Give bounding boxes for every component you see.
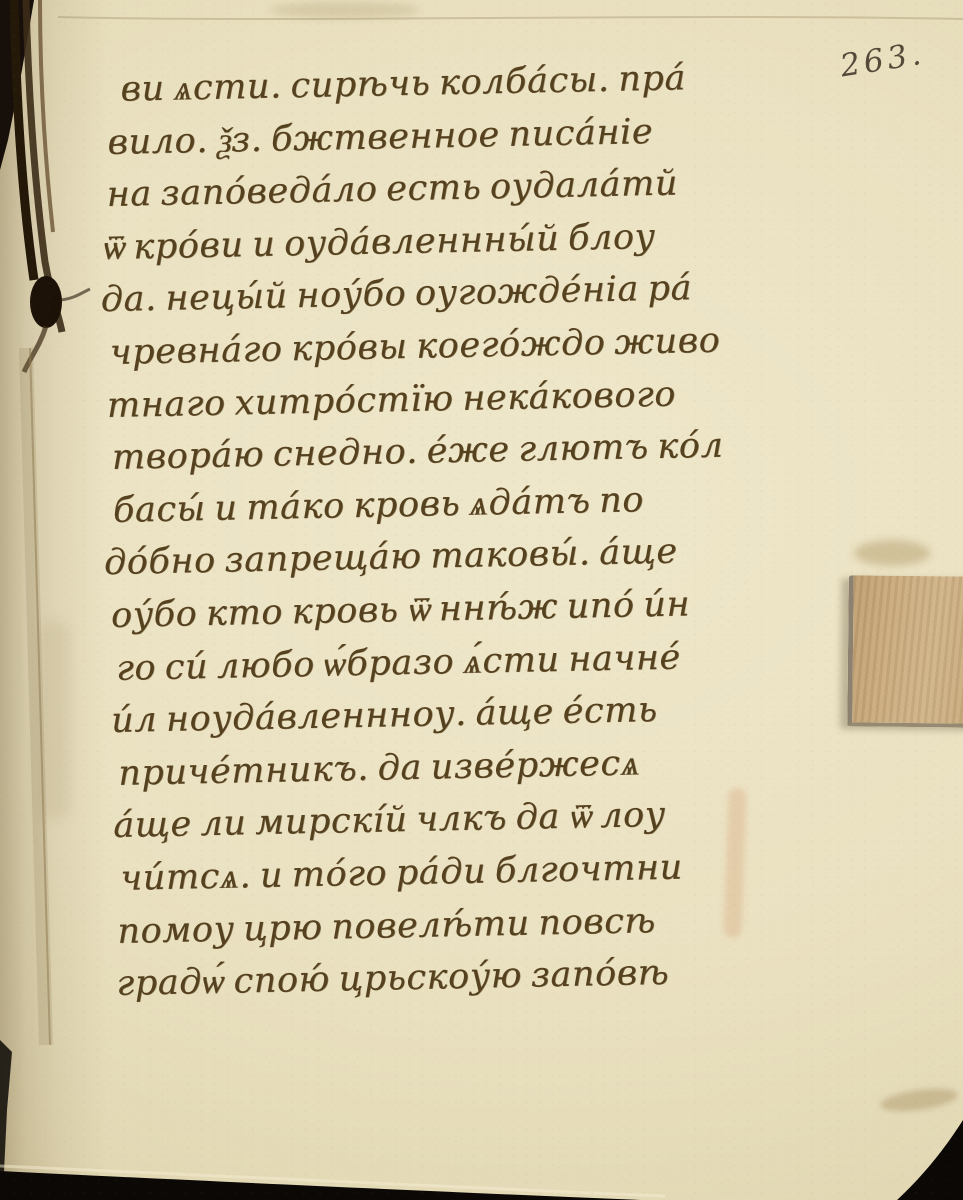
- binding-dark-corner: [0, 0, 34, 170]
- binding-thread-spur: [60, 289, 90, 300]
- manuscript-text-block: ви ѧсти. сирѣчь колба́сы. пра́ вило. ѯз.…: [104, 50, 803, 1010]
- gutter-crease: [30, 348, 50, 1045]
- binding-thread: [40, 0, 53, 232]
- gutter-shadow: [0, 0, 120, 1200]
- stain-left-margin: [40, 620, 70, 820]
- bookmark-tab: [847, 575, 963, 727]
- binding-thread: [14, 0, 34, 280]
- background-bottom-right-wedge: [896, 1120, 963, 1200]
- stain-bottom-right: [879, 1085, 959, 1116]
- binding-knot: [30, 276, 62, 328]
- gutter-crease-shadow: [26, 348, 46, 1045]
- stain-above-tab: [854, 540, 930, 566]
- left-edge-shadow: [0, 1040, 12, 1172]
- manuscript-photo: 263. ви ѧсти. сирѣчь колба́сы. пра́ вило…: [0, 0, 963, 1200]
- stain-top-edge: [270, 2, 420, 18]
- binding-thread: [26, 0, 62, 332]
- binding-thread-tail: [24, 326, 46, 372]
- folio-number: 263.: [838, 36, 928, 85]
- top-crease: [58, 17, 963, 19]
- bottom-deckle-edge: [0, 1166, 665, 1196]
- background-bottom-band: [0, 1171, 665, 1200]
